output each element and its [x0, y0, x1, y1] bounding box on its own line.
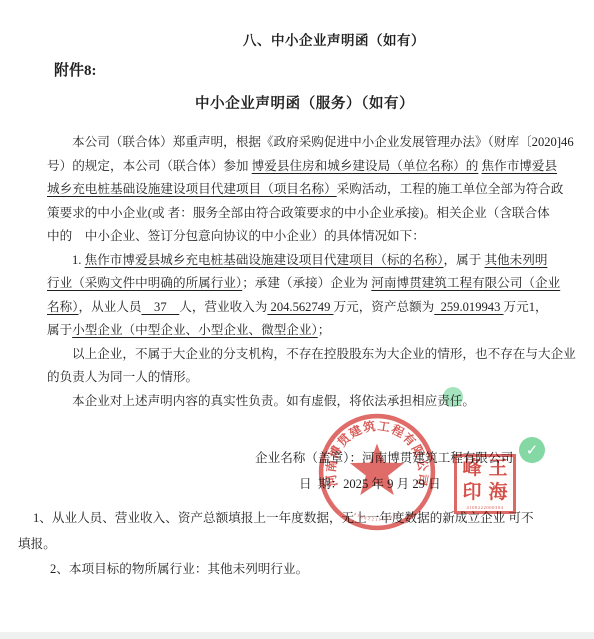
- filled-in-value: 259.019943: [434, 300, 503, 314]
- body-line: 行业（采购文件中明确的所属行业）；承建（承接）企业为 河南博贯建筑工程有限公司（…: [47, 272, 577, 296]
- body-text: 人，营业收入为: [179, 300, 267, 314]
- body-text: 1.: [72, 253, 85, 267]
- declaration-body: 本公司（联合体）郑重声明，根据《政府采购促进中小企业发展管理办法》（财库〔202…: [47, 131, 577, 413]
- filled-in-value: 204.562749: [267, 300, 333, 314]
- star-icon: [350, 444, 404, 496]
- body-text: 号）的规定，本公司（联合体）参加: [47, 159, 252, 173]
- body-text: 以上企业，不属于大企业的分支机构，不存在控股股东为大企业的情形，也不存在与大企业: [72, 347, 576, 361]
- filled-in-value: 37: [141, 300, 179, 314]
- body-line: 1. 焦作市博爱县城乡充电桩基础设施建设项目代建项目（标的名称），属于 其他未列…: [47, 249, 577, 273]
- svg-text:4108221151014: 4108221151014: [353, 511, 401, 522]
- filled-in-value: 小型企业（中型企业、小型企业、微型企业）: [72, 323, 318, 337]
- body-line: 属于小型企业（中型企业、小型企业、微型企业）；: [47, 319, 577, 343]
- body-text: 本公司（联合体）郑重声明，根据《政府采购促进中小企业发展管理办法》（财库〔202…: [72, 135, 574, 149]
- filled-in-value: 焦作市博爱县城乡充电桩基础设施建设项目代建项目（标的名称）: [85, 253, 444, 267]
- company-round-seal-stamp: 河南博贯建筑工程有限公司 4108221151014: [316, 411, 438, 533]
- body-text: 万元1，: [504, 300, 548, 314]
- seal-char: 海: [485, 482, 511, 506]
- body-line: 城乡充电桩基础设施建设项目代建项目（项目名称）采购活动，工程的施工单位全部为符合…: [47, 178, 577, 202]
- body-text: 中的 中小企业、签订分包意向协议的中小企业）的具体情况如下：: [47, 229, 425, 243]
- seal-char: 峰: [459, 458, 485, 482]
- seal-serial-number: 4108221151014: [353, 511, 401, 522]
- body-line: 中的 中小企业、签订分包意向协议的中小企业）的具体情况如下：: [47, 225, 577, 249]
- body-text: ；承建（承接）企业为: [242, 276, 371, 290]
- filled-in-value: 河南博贯建筑工程有限公司（企业: [371, 276, 560, 290]
- body-text: 万元，资产总额为: [334, 300, 435, 314]
- body-line: 本公司（联合体）郑重声明，根据《政府采购促进中小企业发展管理办法》（财库〔202…: [47, 131, 577, 155]
- section-title: 八、中小企业声明函（如有）: [243, 29, 425, 49]
- seal-char: 王: [485, 458, 511, 482]
- body-line: 以上企业，不属于大企业的分支机构，不存在控股股东为大企业的情形，也不存在与大企业: [47, 343, 577, 367]
- body-text: ；: [318, 323, 331, 337]
- footnotes: 1、从业人员、营业收入、资产总额填报上一年度数据，无上一年度数据的新成立企业 可…: [0, 506, 594, 583]
- body-line: 名称），从业人员 37 人，营业收入为 204.562749 万元，资产总额为 …: [47, 296, 577, 320]
- filled-in-value: 其他未列明: [484, 253, 547, 267]
- filled-in-value: 博爱县住房和城乡建设局（单位名称）的: [252, 159, 479, 173]
- personal-name-seal-stamp: 峰 王 印 海 4108222000304: [454, 454, 516, 514]
- body-text: 的负责人为同一人的情形。: [47, 370, 198, 384]
- body-text: ，从业人员: [78, 300, 141, 314]
- body-line: 策要求的中小企业(或 者：服务全部由符合政策要求的中小企业承接)。相关企业（含联…: [47, 202, 577, 226]
- verified-check-icon: ✓: [519, 437, 545, 463]
- body-line: 本企业对上述声明内容的真实性负责。如有虚假，将依法承担相应责任。: [47, 390, 577, 414]
- seal-serial-number: 4108222000304: [457, 506, 513, 511]
- body-line: 号）的规定，本公司（联合体）参加 博爱县住房和城乡建设局（单位名称）的 焦作市博…: [47, 155, 577, 179]
- seal-char: 印: [459, 482, 485, 506]
- filled-in-value: 城乡充电桩基础设施建设项目代建项目（项目名称）: [47, 182, 337, 196]
- declaration-document-page: 八、中小企业声明函（如有） 附件8: 中小企业声明函（服务）（如有） 本公司（联…: [0, 0, 594, 639]
- body-text: 属于: [47, 323, 72, 337]
- footnote-line: 2、本项目标的物所属行业：其他未列明行业。: [50, 557, 594, 583]
- document-title: 中小企业声明函（服务）（如有）: [195, 92, 414, 113]
- bottom-edge-strip: [0, 632, 594, 639]
- filled-in-value: 焦作市博爱县: [482, 159, 558, 173]
- body-text: 策要求的中小企业(或 者：服务全部由符合政策要求的中小企业承接)。相关企业（含联…: [47, 206, 550, 220]
- attachment-label: 附件8:: [54, 59, 97, 80]
- filled-in-value: 行业（采购文件中明确的所属行业）: [47, 276, 242, 290]
- footnote-line: 填报。: [18, 532, 594, 558]
- filled-in-value: 名称）: [47, 300, 78, 314]
- body-line: 的负责人为同一人的情形。: [47, 366, 577, 390]
- body-text: ，属于: [444, 253, 485, 267]
- body-text: 采购活动，工程的施工单位全部为符合政: [337, 182, 564, 196]
- body-text: 本企业对上述声明内容的真实性负责。如有虚假，将依法承担相应责任。: [72, 394, 475, 408]
